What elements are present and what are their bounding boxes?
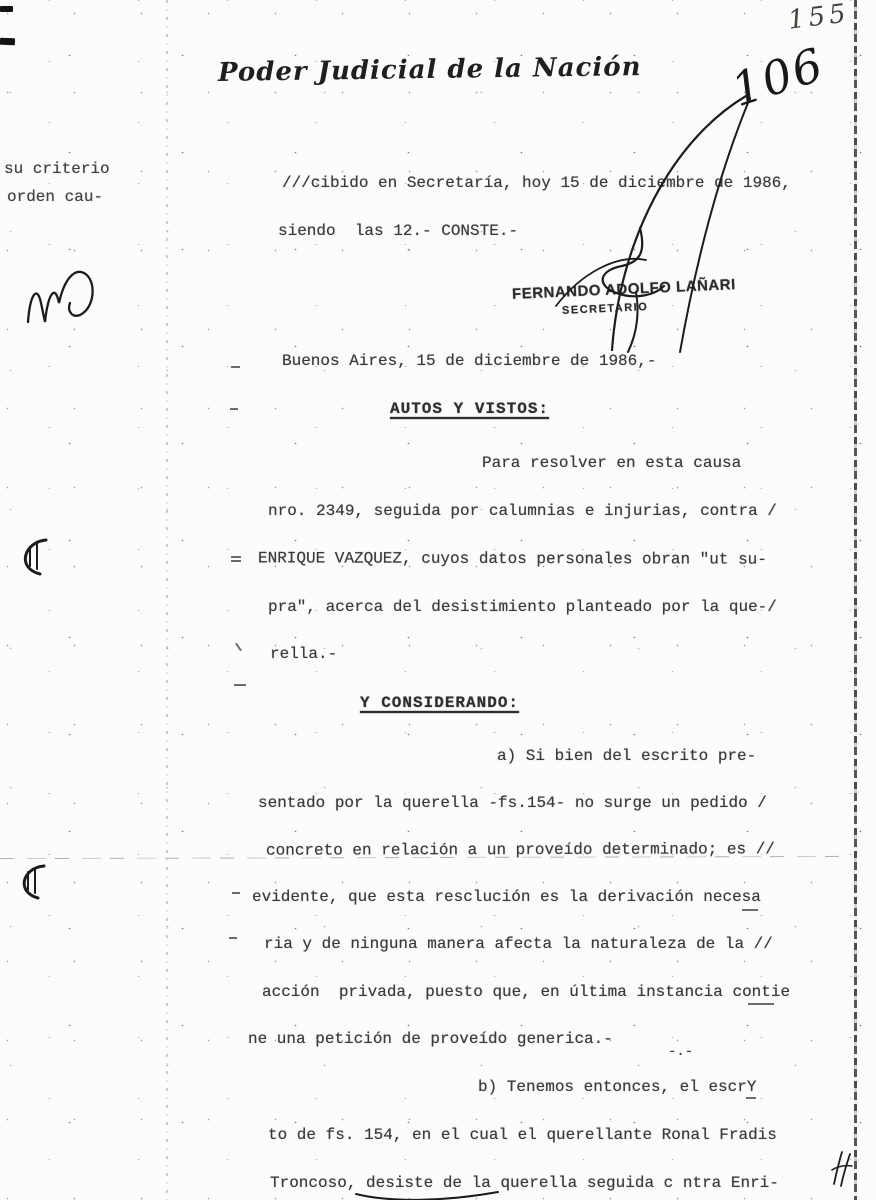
scan-edge-mark xyxy=(0,38,15,46)
body-line: concreto en relación a un proveído deter… xyxy=(266,838,775,861)
body-line: sentado por la querella -fs.154- no surg… xyxy=(258,792,767,814)
margin-fragment-line: su criterio xyxy=(4,160,110,178)
bottom-right-mark xyxy=(832,1152,852,1186)
signature-flourish-right xyxy=(680,98,750,352)
margin-dash-mark xyxy=(232,892,240,894)
body-line: nro. 2349, seguida por calumnias e injur… xyxy=(268,500,777,522)
heading-autos-y-vistos: AUTOS Y VISTOS: xyxy=(390,398,549,420)
typed-separator-mark: -.- xyxy=(668,1041,693,1063)
margin-fragment-line: orden cau- xyxy=(7,188,103,206)
scan-edge-mark xyxy=(0,6,13,12)
margin-dash-mark xyxy=(231,366,240,368)
body-line: Para resolver en esta causa xyxy=(482,452,741,474)
receipt-note-line: ///cibido en Secretaría, hoy 15 de dicie… xyxy=(282,172,791,194)
continuation-underscore xyxy=(742,909,758,911)
secretary-stamp-title: SECRETARIO xyxy=(562,301,649,317)
page-fold-line xyxy=(166,0,168,1200)
body-line: a) Si bien del escrito pre- xyxy=(497,745,756,767)
body-line: pra", acerca del desistimiento planteado… xyxy=(268,596,777,618)
continuation-underscore xyxy=(748,1003,774,1005)
receipt-note-line: siendo las 12.- CONSTE.- xyxy=(278,220,518,242)
body-line: ria y de ninguna manera afecta la natura… xyxy=(264,933,773,955)
scanned-document-page: 155 106 Poder Judicial de la Nación su c… xyxy=(0,0,876,1200)
margin-w-mark xyxy=(28,272,93,322)
body-line: b) Tenemos entonces, el escrY xyxy=(478,1076,756,1098)
heading-y-considerando: Y CONSIDERANDO: xyxy=(360,692,519,714)
body-line: rella.- xyxy=(270,643,337,665)
secretary-stamp-name: FERNANDO ADOLFO LAÑARI xyxy=(512,276,736,303)
margin-dash-mark xyxy=(234,684,246,686)
letterhead-poder-judicial: Poder Judicial de la Nación xyxy=(218,52,642,88)
body-line: evidente, que esta resclución es la deri… xyxy=(252,886,761,908)
page-binding-edge xyxy=(854,0,857,1200)
margin-dash-mark xyxy=(231,556,241,558)
margin-dash-mark xyxy=(229,937,237,939)
body-line: ne una petición de proveído generica.- xyxy=(248,1028,613,1050)
date-line: Buenos Aires, 15 de diciembre de 1986,- xyxy=(282,350,656,372)
margin-dash-mark xyxy=(235,643,242,652)
body-line: to de fs. 154, en el cual el querellante… xyxy=(268,1124,777,1146)
body-line: acción privada, puesto que, en última in… xyxy=(262,981,790,1003)
margin-dash-mark xyxy=(230,408,238,410)
body-line: Troncoso, desiste de la querella seguida… xyxy=(270,1172,779,1194)
continuation-underscore xyxy=(746,1097,756,1099)
partial-stamp-mark xyxy=(24,866,44,898)
body-line: ENRIQUE VAZQUEZ, cuyos datos personales … xyxy=(258,547,767,570)
partial-stamp-mark xyxy=(25,540,46,574)
pencil-page-number: 155 xyxy=(786,0,851,36)
folio-number-handwritten: 106 xyxy=(725,37,831,117)
